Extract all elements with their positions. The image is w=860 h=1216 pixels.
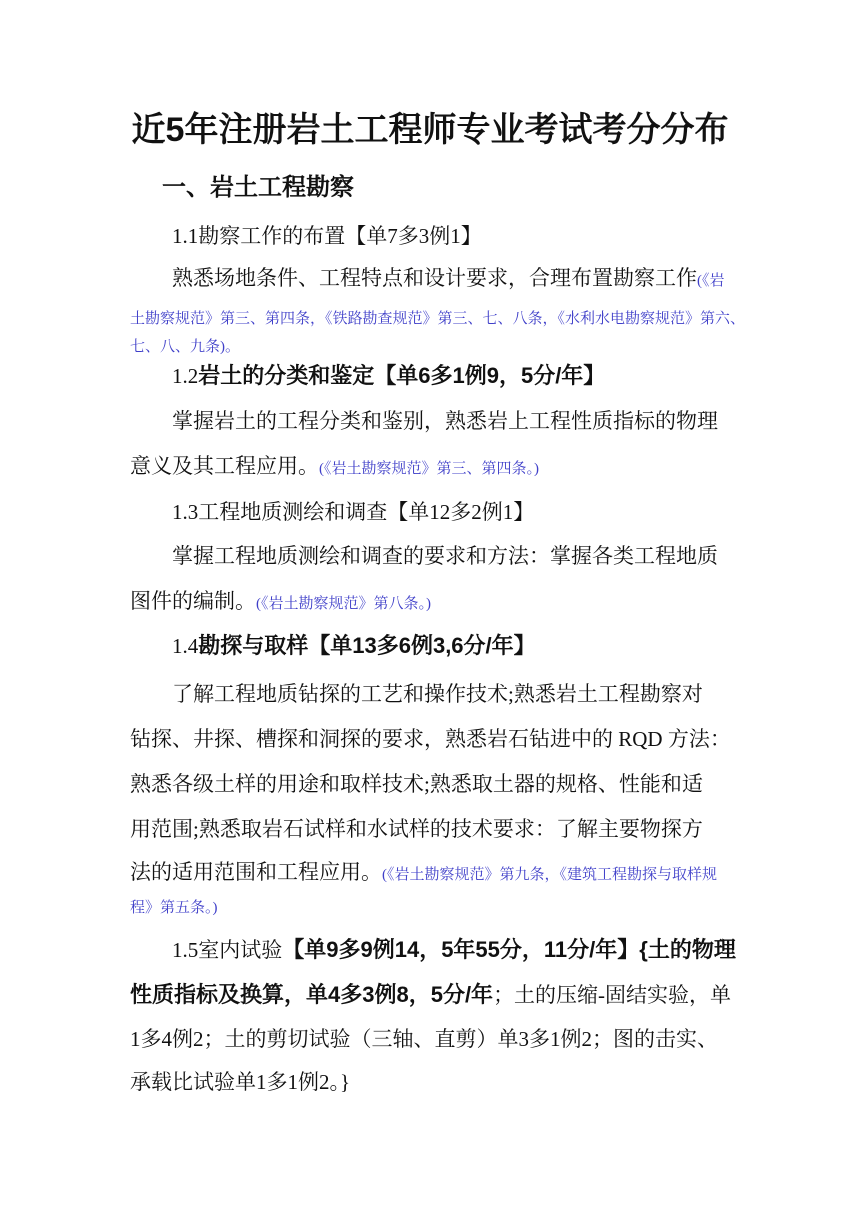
text-run: 熟悉各级土样的用途和取样技术;熟悉取土器的规格、性能和适 <box>130 772 703 796</box>
document-page: 近5年注册岩土工程师专业考试考分分布 一、岩土工程勘察1.1勘察工作的布置【单7… <box>0 0 860 1216</box>
text-line: 性质指标及换算，单4多3例8，5分/年；土的压缩-固结实验，单 <box>130 982 731 1007</box>
text-run: 一、岩土工程勘察 <box>162 174 354 201</box>
text-line: 钻探、井探、槽探和洞探的要求，熟悉岩石钻进中的 RQD 方法： <box>130 727 731 751</box>
text-run: 用范围;熟悉取岩石试样和水试样的技术要求：了解主要物探方 <box>130 817 703 841</box>
text-run: 意义及其工程应用。 <box>130 454 319 478</box>
text-line: 承载比试验单1多1例2。} <box>130 1070 350 1094</box>
text-run: 岩土的分类和鉴定【单6多1例9，5分/年】 <box>198 363 605 388</box>
text-line: 1.1勘察工作的布置【单7多3例1】 <box>172 224 482 248</box>
text-run: ；土的压缩-固结实验，单 <box>493 983 731 1007</box>
reference-link[interactable]: (《岩 <box>697 273 725 289</box>
text-run: 1多4例2；土的剪切试验（三轴、直剪）单3多1例2；图的击实、 <box>130 1027 718 1051</box>
reference-link[interactable]: (《岩土勘察规范》第三、第四条。) <box>319 461 539 477</box>
text-line: 1.4勘探与取样【单13多6例3,6分/年】 <box>172 633 536 658</box>
reference-link[interactable]: 程》第五条。) <box>130 900 218 916</box>
text-line: 掌握工程地质测绘和调查的要求和方法：掌握各类工程地质 <box>172 544 718 568</box>
text-line: 1多4例2；土的剪切试验（三轴、直剪）单3多1例2；图的击实、 <box>130 1027 718 1051</box>
section-heading: 一、岩土工程勘察 <box>162 174 354 202</box>
text-run: 法的适用范围和工程应用。 <box>130 860 382 884</box>
text-line: 用范围;熟悉取岩石试样和水试样的技术要求：了解主要物探方 <box>130 817 703 841</box>
text-run: 图件的编制。 <box>130 589 256 613</box>
text-run: 掌握岩土的工程分类和鉴别，熟悉岩上工程性质指标的物理 <box>172 409 718 433</box>
text-run: 1.1勘察工作的布置【单7多3例1】 <box>172 224 482 248</box>
text-run: 1.2 <box>172 364 198 388</box>
text-line: 1.2岩土的分类和鉴定【单6多1例9，5分/年】 <box>172 363 605 388</box>
text-run: 性质指标及换算，单4多3例8，5分/年 <box>130 982 493 1007</box>
text-line: 七、八、九条)。 <box>130 338 240 356</box>
text-line: 了解工程地质钻探的工艺和操作技术;熟悉岩土工程勘察对 <box>172 682 703 706</box>
document-title: 近5年注册岩土工程师专业考试考分分布 <box>0 108 860 152</box>
text-line: 土勘察规范》第三、第四条，《铁路勘查规范》第三、七、八条，《水利水电勘察规范》第… <box>130 310 745 328</box>
text-run: 了解工程地质钻探的工艺和操作技术;熟悉岩土工程勘察对 <box>172 682 703 706</box>
text-line: 1.3工程地质测绘和调查【单12多2例1】 <box>172 500 534 524</box>
text-run: 承载比试验单1多1例2。} <box>130 1070 350 1094</box>
reference-link[interactable]: (《岩土勘察规范》第八条。) <box>256 596 431 612</box>
text-run: 1.5室内试验 <box>172 938 282 962</box>
reference-link[interactable]: (《岩土勘察规范》第九条，《建筑工程勘探与取样规 <box>382 867 717 883</box>
text-run: 1.4 <box>172 634 198 658</box>
text-run: 掌握工程地质测绘和调查的要求和方法：掌握各类工程地质 <box>172 544 718 568</box>
text-run: 熟悉场地条件、工程特点和设计要求，合理布置勘察工作 <box>172 266 697 290</box>
text-run: 【单9多9例14，5年55分，11分/年】{土的物理 <box>282 937 736 962</box>
text-line: 熟悉场地条件、工程特点和设计要求，合理布置勘察工作(《岩 <box>172 266 725 290</box>
text-line: 1.5室内试验【单9多9例14，5年55分，11分/年】{土的物理 <box>172 937 736 962</box>
text-line: 意义及其工程应用。(《岩土勘察规范》第三、第四条。) <box>130 454 539 478</box>
text-run: 1.3工程地质测绘和调查【单12多2例1】 <box>172 500 534 524</box>
reference-link[interactable]: 土勘察规范》第三、第四条，《铁路勘查规范》第三、七、八条，《水利水电勘察规范》第… <box>130 311 745 327</box>
text-line: 法的适用范围和工程应用。(《岩土勘察规范》第九条，《建筑工程勘探与取样规 <box>130 860 717 884</box>
text-run: 钻探、井探、槽探和洞探的要求，熟悉岩石钻进中的 RQD 方法： <box>130 727 731 751</box>
text-line: 图件的编制。(《岩土勘察规范》第八条。) <box>130 589 431 613</box>
text-line: 熟悉各级土样的用途和取样技术;熟悉取土器的规格、性能和适 <box>130 772 703 796</box>
text-line: 掌握岩土的工程分类和鉴别，熟悉岩上工程性质指标的物理 <box>172 409 718 433</box>
text-line: 程》第五条。) <box>130 899 218 917</box>
text-run: 勘探与取样【单13多6例3,6分/年】 <box>198 633 535 658</box>
reference-link[interactable]: 七、八、九条)。 <box>130 339 240 355</box>
